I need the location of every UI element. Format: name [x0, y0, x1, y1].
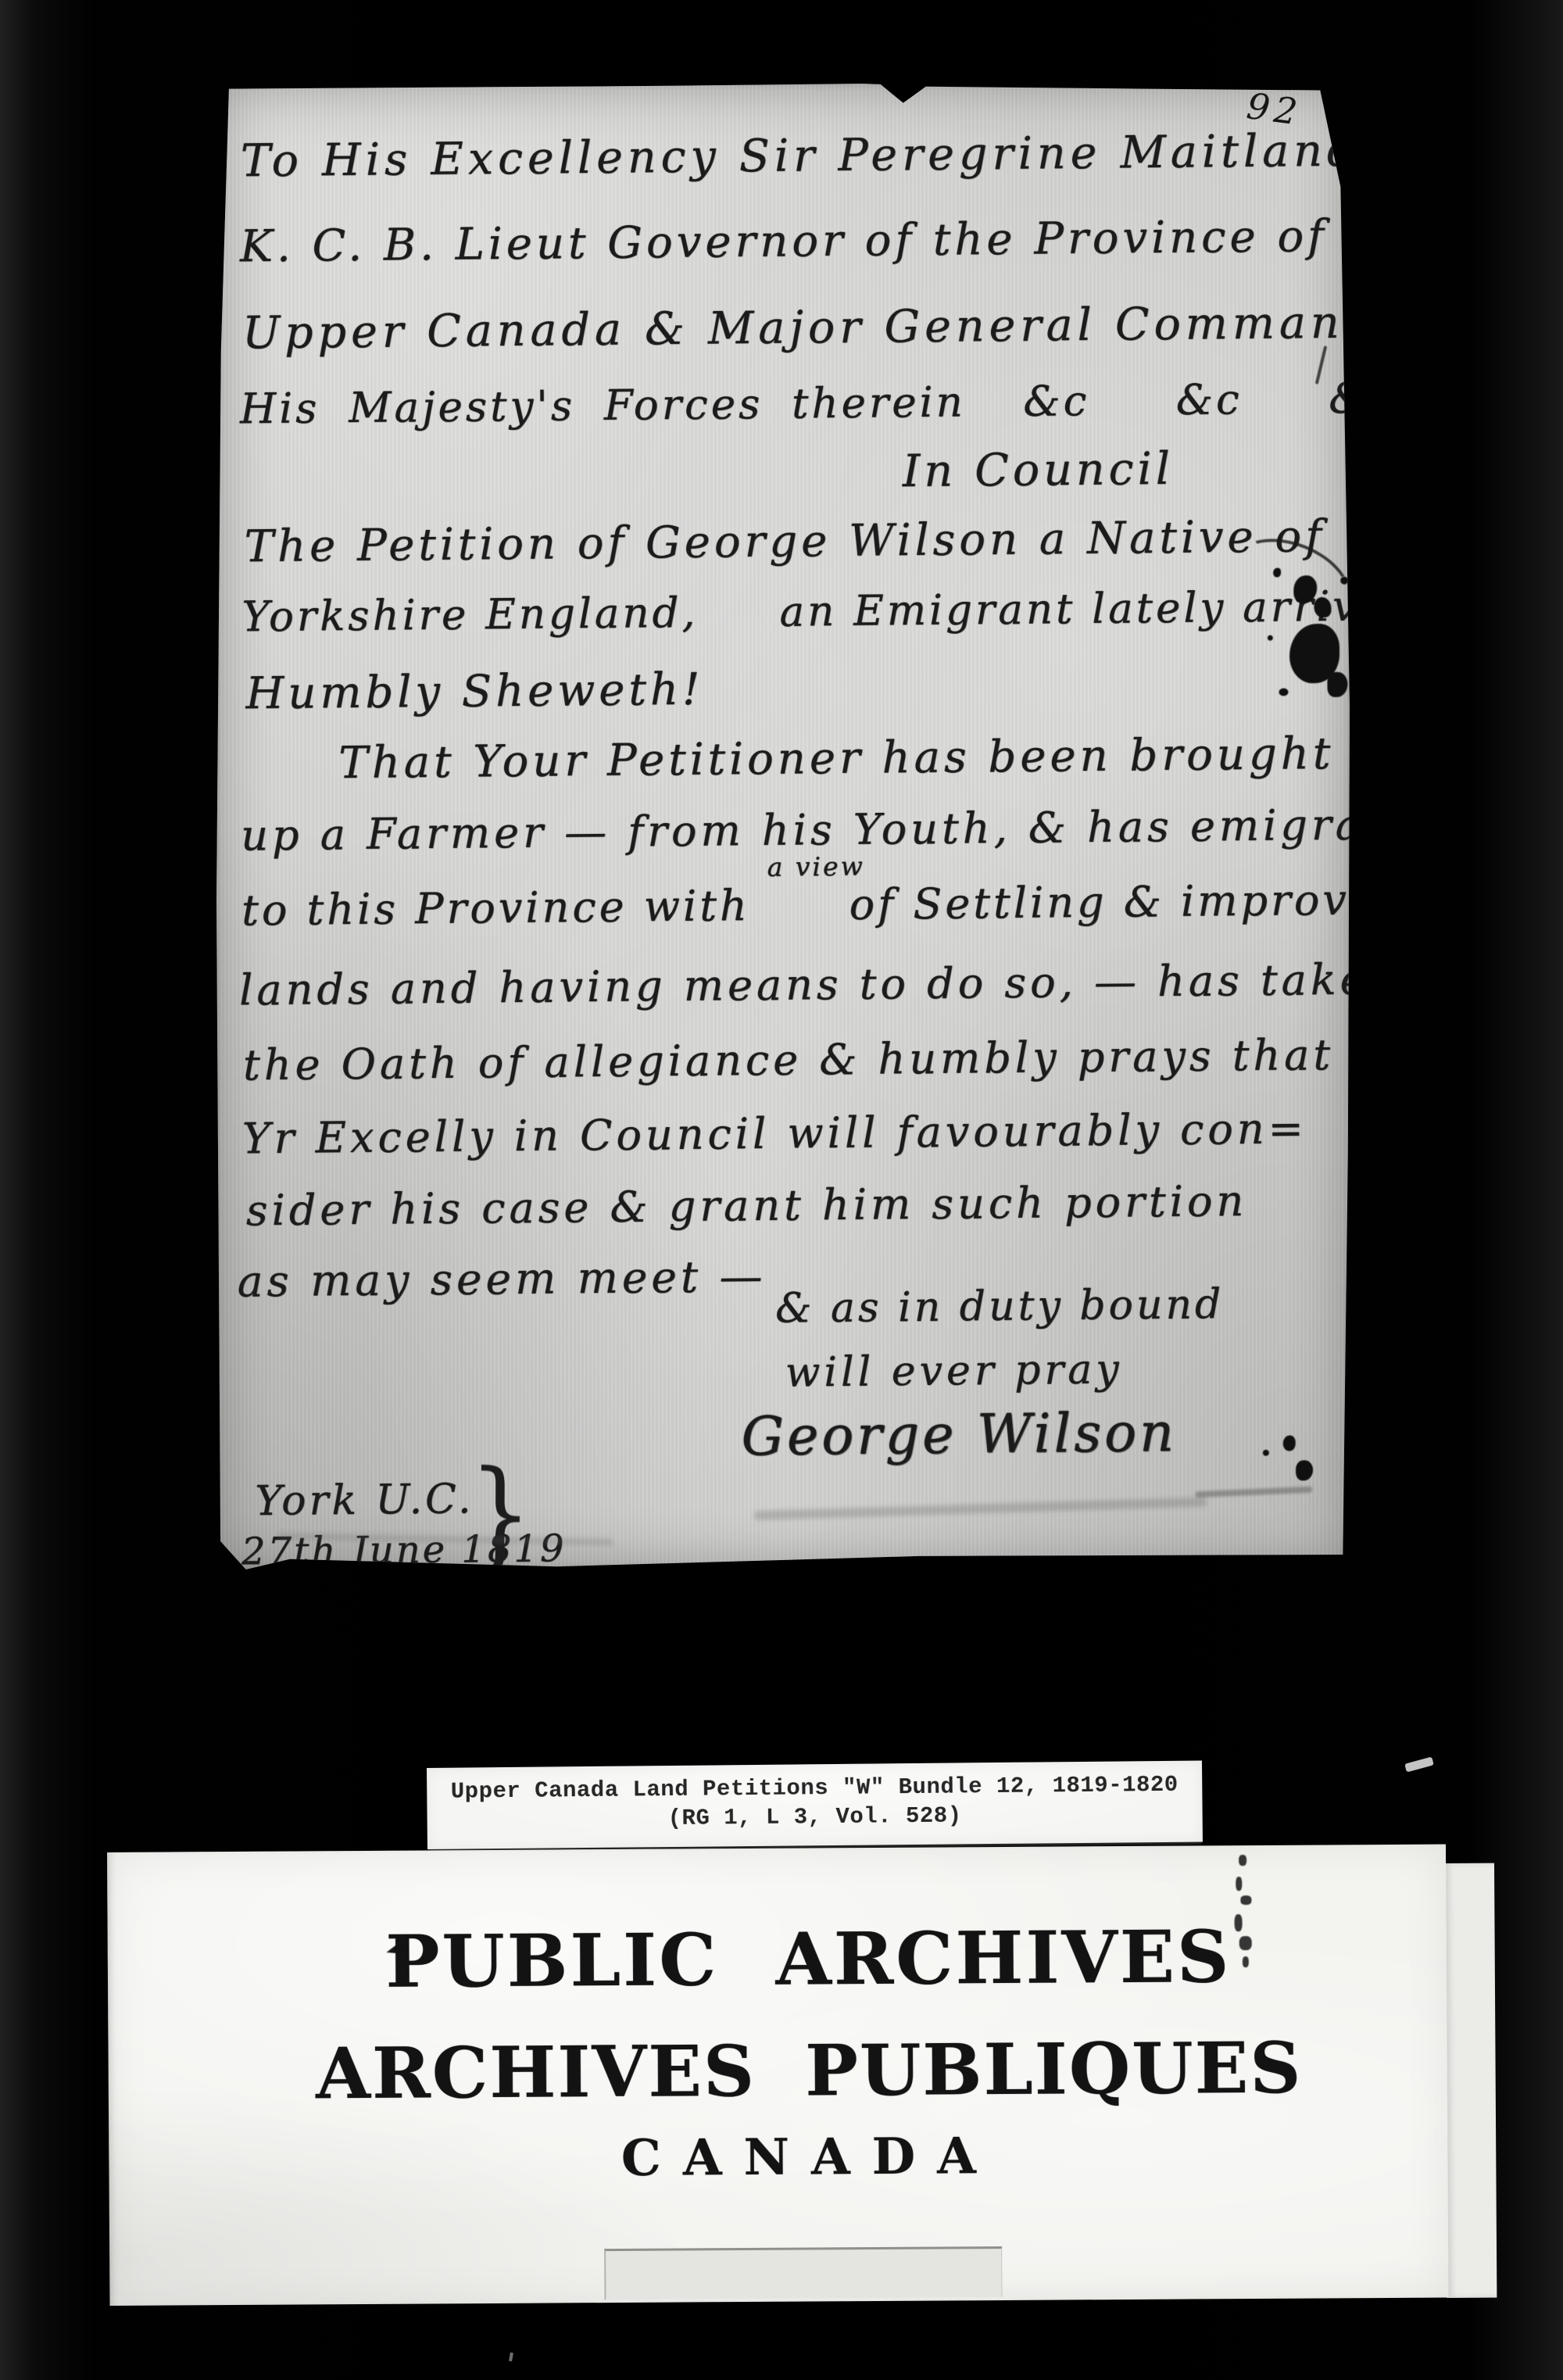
- petition-line: Humbly Sheweth!: [245, 664, 704, 720]
- ink-blot: [1340, 577, 1348, 585]
- archives-card-title-fr: ARCHIVES PUBLIQUES: [139, 2025, 1479, 2116]
- petition-line: To His Excellency Sir Peregrine Maitland: [241, 125, 1361, 188]
- ink-blot: [1279, 688, 1288, 696]
- petition-line: K. C. B. Lieut Governor of the Province …: [240, 211, 1328, 272]
- petition-line: lands and having means to do so, — has t…: [239, 954, 1400, 1015]
- ink-blot: [1283, 1435, 1296, 1451]
- stray-white-mark: [1404, 1757, 1434, 1773]
- petition-line: will ever pray: [785, 1347, 1123, 1397]
- catalog-label-strip: Upper Canada Land Petitions "W" Bundle 1…: [427, 1760, 1203, 1849]
- catalog-label-line1: Upper Canada Land Petitions "W" Bundle 1…: [427, 1771, 1202, 1805]
- petition-insertion: a view: [767, 851, 865, 882]
- petition-paper: 92 To His Excellency Sir Peregrine Maitl…: [216, 83, 1350, 1569]
- ink-scribble: [1232, 1855, 1264, 1988]
- archives-card-title-en: PUBLIC ARCHIVES: [139, 1913, 1479, 2005]
- place-date-brace: }: [468, 1446, 532, 1583]
- ink-blot: [1263, 1450, 1269, 1456]
- petition-line: as may seem meet —: [237, 1251, 766, 1306]
- petition-line: Yr Excelly in Council will favourably co…: [242, 1104, 1307, 1163]
- pencil-smudge: [1195, 1487, 1312, 1498]
- petition-signature: George Wilson: [741, 1402, 1177, 1468]
- archives-card-country: CANADA: [140, 2124, 1479, 2190]
- petition-line: The Petition of George Wilson a Native o…: [244, 511, 1325, 572]
- petition-line: the Oath of allegiance & humbly prays th…: [243, 1030, 1335, 1090]
- archives-card: PUBLIC ARCHIVES ARCHIVES PUBLIQUES CANAD…: [107, 1845, 1449, 2306]
- scanned-archive-page: 92 To His Excellency Sir Peregrine Maitl…: [0, 0, 1563, 2380]
- petition-place: York U.C.: [255, 1476, 474, 1525]
- ink-blot: [1296, 1460, 1313, 1480]
- ink-blot: [1273, 568, 1281, 578]
- petition-line: & as in duty bound: [775, 1281, 1225, 1333]
- ink-blot: [1314, 597, 1331, 617]
- petition-line: sider his case & grant him such portion: [246, 1176, 1248, 1235]
- petition-line: His Majesty's Forces therein &c &c &c: [240, 374, 1396, 433]
- catalog-label-line2: (RG 1, L 3, Vol. 528): [427, 1800, 1202, 1834]
- ink-blot: [1327, 672, 1347, 697]
- petition-line: That Your Petitioner has been brought: [338, 728, 1335, 789]
- ink-blot: [1268, 635, 1273, 641]
- pencil-smudge: [753, 1497, 1207, 1520]
- petition-line: Upper Canada & Major General Commanding: [242, 295, 1463, 359]
- handwriting-layer: 92 To His Excellency Sir Peregrine Maitl…: [216, 77, 1364, 1574]
- card-inset-patch: [604, 2246, 1002, 2299]
- petition-line: to this Province with of Settling & impr…: [241, 875, 1427, 936]
- film-speck: [509, 2353, 513, 2362]
- petition-line: In Council: [902, 443, 1174, 497]
